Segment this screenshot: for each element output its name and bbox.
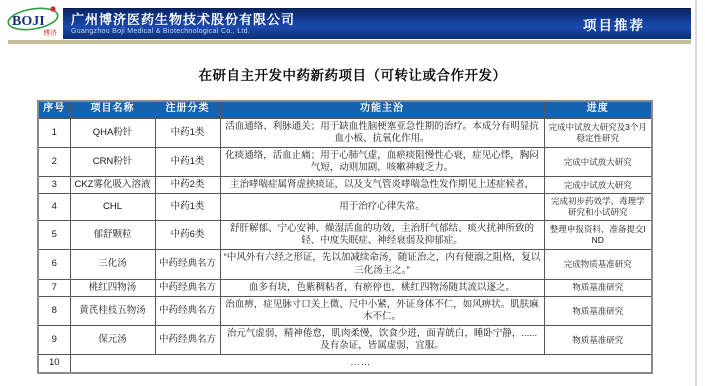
company-name-cn: 广州博济医药生物技术股份有限公司: [71, 13, 295, 27]
cell-progress: 物质基准研究: [544, 279, 652, 296]
cell-progress: 整理申报资料，准备提交IND: [544, 221, 652, 250]
projects-table-body: 1QHA粉针中药1类活血通络、利脉通关；用于缺血性脑梗塞亚急性期的治疗。本成分有…: [38, 118, 652, 373]
cell-no: 10: [38, 355, 70, 373]
cell-category: 中药经典名方: [155, 296, 220, 325]
company-name-en: Guangzhou Boji Medical & Biotechnologica…: [71, 27, 295, 36]
cell-name: CHL: [70, 194, 155, 221]
projects-table: 序号 项目名称 注册分类 功能主治 进度 1QHA粉针中药1类活血通络、利脉通关…: [37, 100, 653, 374]
column-header-name: 项目名称: [70, 101, 155, 118]
header-bar: 广州博济医药生物技术股份有限公司 Guangzhou Boji Medical …: [62, 8, 691, 39]
cell-no: 4: [38, 194, 70, 221]
cell-name: 郁舒颗粒: [70, 221, 155, 250]
cell-name: 三化汤: [70, 250, 155, 279]
cell-indication: 治血痹，症见脉寸口关上微、尺中小紧，外证身体不仁，如风痹状。肌肤麻木不仁。: [220, 296, 544, 325]
cell-indication: 用于治疗心律失常。: [220, 194, 544, 221]
logo-subtext: 博济: [43, 28, 57, 37]
cell-merged: ……: [70, 355, 652, 373]
screen-edge: [695, 0, 697, 386]
cell-category: 中药1类: [155, 194, 220, 221]
cell-name: CKZ雾化吸入溶液: [70, 177, 155, 194]
section-badge: 项目推荐: [583, 14, 645, 34]
logo-text: BOJI: [12, 14, 45, 29]
logo-red-dot: [50, 6, 55, 11]
cell-category: 中药1类: [155, 118, 220, 147]
company-name-block: 广州博济医药生物技术股份有限公司 Guangzhou Boji Medical …: [71, 13, 295, 36]
table-row: 2CRN粉针中药1类化痰通络，活血止痛；用于心肺气虚，血瘀痰阻慢性心衰，症见心悸…: [38, 147, 652, 176]
table-row: 10……: [38, 355, 652, 373]
table-header-row: 序号 项目名称 注册分类 功能主治 进度: [38, 101, 652, 118]
cell-indication: 主治哮喘症属肾虚挟痰证，以及支气管炎哮喘急性发作期见上述症候者，: [220, 177, 544, 194]
cell-progress: 物质基准研究: [544, 326, 652, 355]
cell-no: 9: [38, 326, 70, 355]
page-title: 在研自主开发中药新药项目（可转让或合作开发）: [0, 64, 705, 84]
table-row: 1QHA粉针中药1类活血通络、利脉通关；用于缺血性脑梗塞亚急性期的治疗。本成分有…: [38, 118, 652, 147]
boji-logo-icon: BOJI 博济: [5, 2, 63, 40]
cell-no: 7: [38, 279, 70, 296]
header: BOJI 博济 广州博济医药生物技术股份有限公司 Guangzhou Boji …: [0, 0, 705, 46]
table-row: 6三化汤中药经典名方“中风外有六经之形证，先以加减续命汤，随证治之，内有便溺之阻…: [38, 250, 652, 279]
cell-progress: 完成中试放大研究: [544, 177, 652, 194]
cell-no: 3: [38, 177, 70, 194]
column-header-no: 序号: [38, 101, 70, 118]
table-row: 8黄芪桂枝五物汤中药经典名方治血痹，症见脉寸口关上微、尺中小紧，外证身体不仁，如…: [38, 296, 652, 325]
cell-indication: 活血通络、利脉通关；用于缺血性脑梗塞亚急性期的治疗。本成分有明显抗血小板、抗氧化…: [220, 118, 544, 147]
cell-category: 中药经典名方: [155, 250, 220, 279]
cell-name: 桃红四物汤: [70, 279, 155, 296]
column-header-indication: 功能主治: [220, 101, 544, 118]
cell-no: 5: [38, 221, 70, 250]
cell-indication: 化痰通络，活血止痛；用于心肺气虚，血瘀痰阻慢性心衰，症见心悸，胸闷气短，动则加剧…: [220, 147, 544, 176]
table-row: 7桃红四物汤中药经典名方血多有块，色紫稠粘者，有瘀停也，桃红四物汤随其流以逐之。…: [38, 279, 652, 296]
cell-progress: 完成中试放大研究及3个月稳定性研究: [544, 118, 652, 147]
column-header-progress: 进度: [544, 101, 652, 118]
table-row: 4CHL中药1类用于治疗心律失常。完成初步药效学、毒理学研究和小试研究: [38, 194, 652, 221]
cell-progress: 完成物质基准研究: [544, 250, 652, 279]
cell-name: CRN粉针: [70, 147, 155, 176]
cell-no: 6: [38, 250, 70, 279]
cell-category: 中药经典名方: [155, 279, 220, 296]
table-row: 3CKZ雾化吸入溶液中药2类主治哮喘症属肾虚挟痰证，以及支气管炎哮喘急性发作期见…: [38, 177, 652, 194]
cell-indication: 血多有块，色紫稠粘者，有瘀停也，桃红四物汤随其流以逐之。: [220, 279, 544, 296]
divider-line: [8, 40, 691, 44]
cell-no: 8: [38, 296, 70, 325]
cell-name: QHA粉针: [70, 118, 155, 147]
table-row: 5郁舒颗粒中药6类舒肝解郁、宁心安神、燥湿活血的功效，主治肝气郁结、痰火扰神所致…: [38, 221, 652, 250]
cell-indication: 舒肝解郁、宁心安神、燥湿活血的功效，主治肝气郁结、痰火扰神所致的轻、中度失眠症、…: [220, 221, 544, 250]
cell-category: 中药1类: [155, 147, 220, 176]
cell-category: 中药经典名方: [155, 326, 220, 355]
cell-no: 2: [38, 147, 70, 176]
cell-category: 中药6类: [155, 221, 220, 250]
cell-progress: 物质基准研究: [544, 296, 652, 325]
table-row: 9保元汤中药经典名方治元气虚弱，精神倦怠，肌肉柔慢，饮食少进，面青㿠白，睡卧宁静…: [38, 326, 652, 355]
cell-indication: “中风外有六经之形证，先以加减续命汤，随证治之，内有便溺之阻格，复以三化汤主之。…: [220, 250, 544, 279]
cell-name: 保元汤: [70, 326, 155, 355]
cell-progress: 完成初步药效学、毒理学研究和小试研究: [544, 194, 652, 221]
cell-progress: 完成中试放大研究: [544, 147, 652, 176]
cell-name: 黄芪桂枝五物汤: [70, 296, 155, 325]
boji-logo: BOJI 博济: [5, 2, 63, 40]
column-header-category: 注册分类: [155, 101, 220, 118]
cell-category: 中药2类: [155, 177, 220, 194]
cell-indication: 治元气虚弱，精神倦怠，肌肉柔慢，饮食少进，面青㿠白，睡卧宁静，......及有杂…: [220, 326, 544, 355]
cell-no: 1: [38, 118, 70, 147]
